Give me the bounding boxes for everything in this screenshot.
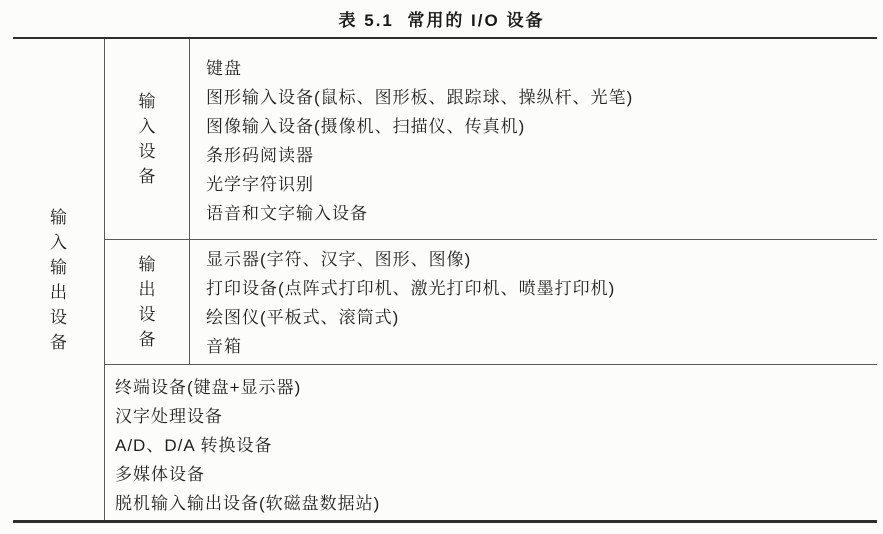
list-item: 汉字处理设备 xyxy=(115,402,873,431)
list-item: 打印设备(点阵式打印机、激光打印机、喷墨打印机) xyxy=(206,274,873,303)
scanned-document-page: 表 5.1 常用的 I/O 设备 输入输出设备 输入设备 键盘 图形输入设备(鼠… xyxy=(0,0,883,534)
list-item: 光学字符识别 xyxy=(206,170,873,199)
list-item: 图形输入设备(鼠标、图形板、跟踪球、操纵杆、光笔) xyxy=(206,83,873,112)
output-devices-list: 显示器(字符、汉字、图形、图像) 打印设备(点阵式打印机、激光打印机、喷墨打印机… xyxy=(190,240,877,364)
list-item: 语音和文字输入设备 xyxy=(206,199,873,228)
list-item: 条形码阅读器 xyxy=(206,141,873,170)
output-devices-row: 输出设备 显示器(字符、汉字、图形、图像) 打印设备(点阵式打印机、激光打印机、… xyxy=(105,239,877,364)
table-caption: 表 5.1 常用的 I/O 设备 xyxy=(0,6,883,31)
other-devices-list: 终端设备(键盘+显示器) 汉字处理设备 A/D、D/A 转换设备 多媒体设备 脱… xyxy=(105,365,877,520)
list-item: 多媒体设备 xyxy=(115,460,873,489)
input-devices-row: 输入设备 键盘 图形输入设备(鼠标、图形板、跟踪球、操纵杆、光笔) 图像输入设备… xyxy=(105,39,877,239)
io-devices-table: 输入输出设备 输入设备 键盘 图形输入设备(鼠标、图形板、跟踪球、操纵杆、光笔)… xyxy=(13,37,877,523)
input-devices-label: 输入设备 xyxy=(139,89,156,189)
list-item: 图像输入设备(摄像机、扫描仪、传真机) xyxy=(206,112,873,141)
row-group-label: 输入输出设备 xyxy=(50,205,67,355)
list-item: A/D、D/A 转换设备 xyxy=(115,431,873,460)
other-devices-row: 终端设备(键盘+显示器) 汉字处理设备 A/D、D/A 转换设备 多媒体设备 脱… xyxy=(105,364,877,520)
row-group-cell: 输入输出设备 xyxy=(13,39,105,520)
list-item: 脱机输入输出设备(软磁盘数据站) xyxy=(115,489,873,518)
output-devices-label: 输出设备 xyxy=(139,252,156,352)
list-item: 显示器(字符、汉字、图形、图像) xyxy=(206,245,873,274)
list-item: 音箱 xyxy=(206,332,873,361)
list-item: 键盘 xyxy=(206,54,873,83)
table-body: 输入设备 键盘 图形输入设备(鼠标、图形板、跟踪球、操纵杆、光笔) 图像输入设备… xyxy=(105,39,877,520)
output-devices-label-cell: 输出设备 xyxy=(105,240,190,364)
input-devices-list: 键盘 图形输入设备(鼠标、图形板、跟踪球、操纵杆、光笔) 图像输入设备(摄像机、… xyxy=(190,39,877,239)
list-item: 终端设备(键盘+显示器) xyxy=(115,373,873,402)
list-item: 绘图仪(平板式、滚筒式) xyxy=(206,303,873,332)
input-devices-label-cell: 输入设备 xyxy=(105,39,190,239)
